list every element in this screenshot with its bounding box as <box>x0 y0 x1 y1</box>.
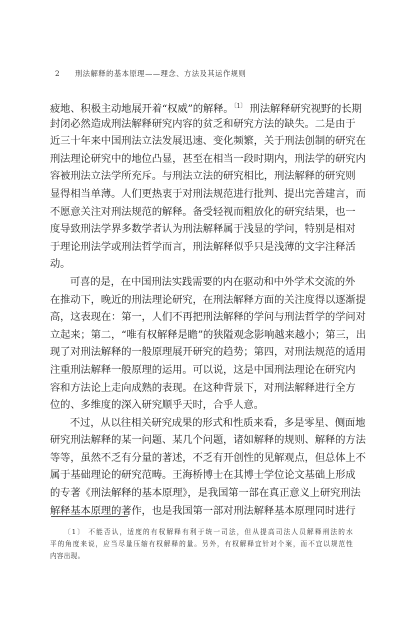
footnote-text: 不能否认，适度的有权解释有利于统一司法，但从提高司法人员解释刑法的水 <box>88 528 353 536</box>
text-line: 解释基本原理的著作，也是我国第一部对刑法解释基本原理同时进行 <box>50 503 353 521</box>
text-line: 的专著《刑法解释的基本原理》，是我国第一部在真正意义上研究刑法 <box>50 485 353 503</box>
text-line: 刑法理论研究中的地位凸显，甚至在相当一段时期内，刑法学的研究内 <box>50 151 353 169</box>
paragraph-start-line: 可喜的是，在中国刑法实践需要的内在驱动和中外学术交流的外 <box>50 274 353 292</box>
running-head: 2刑法解释的基本原理——理念、方法及其运作规则 <box>55 69 246 79</box>
text-line: 在推动下，晚近的刑法理论研究，在刑法解释方面的关注度得以逐渐提 <box>50 292 353 310</box>
text-line: 于理论刑法学或刑法哲学而言，刑法解释似乎只是浅薄的文字注释活 <box>50 239 353 257</box>
footnote-line: 平的角度来说，应当尽量压缩有权解释的量。另外，有权解释宜针对个案，而不宜以规范性 <box>50 538 353 550</box>
footnote-line: 内容出现。 <box>50 550 353 562</box>
footnote-marker: 〔1〕 <box>64 528 85 536</box>
text-segment: 刑法解释研究视野的长期 <box>246 104 361 115</box>
text-line: 等等，虽然不乏有分量的著述，不乏有开创性的见解观点，但总体上不 <box>50 450 353 468</box>
text-line: 不愿意关注对刑法规范的解释。备受轻视而粗放化的研究结果，也一 <box>50 204 353 222</box>
text-line: 动。 <box>50 256 353 274</box>
text-line: 近三十年来中国刑法立法发展迅速、变化频繁，关于刑法创制的研究在 <box>50 133 353 151</box>
text-line: 度导致刑法学界多数学者认为刑法解释属于浅显的学问，特别是相对 <box>50 221 353 239</box>
footnotes: 〔1〕 不能否认，适度的有权解释有利于统一司法，但从提高司法人员解释刑法的水 平… <box>50 526 353 562</box>
footnote-separator <box>51 516 128 517</box>
text-line: 显得相当单薄。人们更热衷于对刑法规范进行批判、提出完善建言，而 <box>50 186 353 204</box>
text-line: 疲地、积极主动地展开着“权威”的解释。〔1〕 刑法解释研究视野的长期 <box>50 98 353 116</box>
footnote-reference[interactable]: 〔1〕 <box>234 103 247 110</box>
text-line: 封闭必然造成刑法解释研究内容的贫乏和研究方法的缺失。二是由于 <box>50 116 353 134</box>
body-text: 疲地、积极主动地展开着“权威”的解释。〔1〕 刑法解释研究视野的长期 封闭必然造… <box>50 98 353 520</box>
text-line: 高，这表现在：第一，人们不再把刑法解释的学问与刑法哲学的学问对 <box>50 309 353 327</box>
page-number: 2 <box>55 69 75 78</box>
text-segment: 疲地、积极主动地展开着“权威”的解释。 <box>50 104 234 115</box>
text-line: 容被刑法立法学所充斥。与刑法立法的研究相比，刑法解释的研究则 <box>50 168 353 186</box>
running-head-title: 刑法解释的基本原理——理念、方法及其运作规则 <box>75 69 246 78</box>
book-page: 2刑法解释的基本原理——理念、方法及其运作规则 疲地、积极主动地展开着“权威”的… <box>0 0 412 637</box>
text-line: 容和方法论上走向成熟的表现。在这种背景下，对刑法解释进行全方 <box>50 380 353 398</box>
footnote-line: 〔1〕 不能否认，适度的有权解释有利于统一司法，但从提高司法人员解释刑法的水 <box>50 526 353 538</box>
text-line: 研究刑法解释的某一问题、某几个问题，诸如解释的规则、解释的方法 <box>50 432 353 450</box>
text-line: 属于基础理论的研究范畴。王海桥博士在其博士学位论文基础上形成 <box>50 467 353 485</box>
text-line: 位的、多维度的深入研究顺乎天时，合乎人意。 <box>50 397 353 415</box>
text-line: 注重刑法解释一般原理的运用。可以说，这是中国刑法理论在研究内 <box>50 362 353 380</box>
text-line: 现了对刑法解释的一般原理展开研究的趋势；第四，对刑法规范的适用 <box>50 344 353 362</box>
paragraph-start-line: 不过，从以往相关研究成果的形式和性质来看，多是零星、侧面地 <box>50 415 353 433</box>
text-line: 立起来；第二，“唯有权解释是瞻”的狭隘观念影响越来越小；第三，出 <box>50 327 353 345</box>
